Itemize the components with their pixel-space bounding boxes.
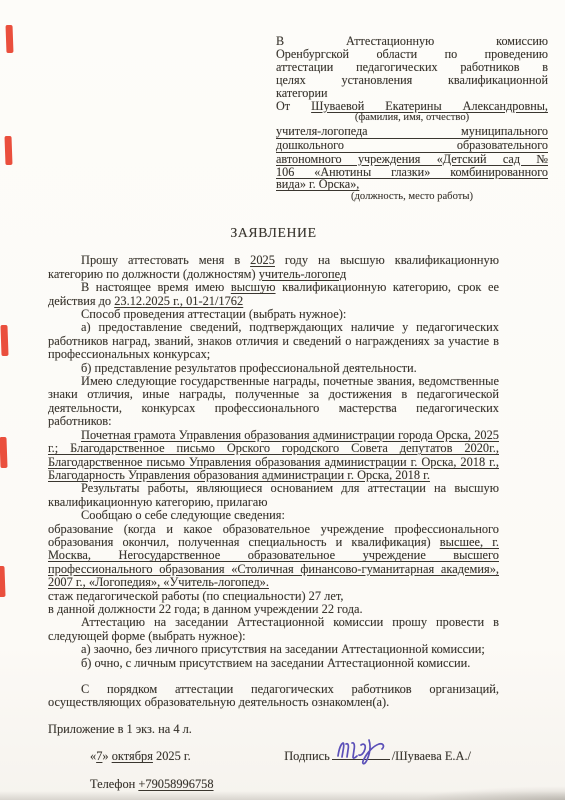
paragraph-awards-list: Почетная грамота Управления образования … (48, 429, 499, 483)
paragraph-method-b: б) представление результатов профессиона… (48, 362, 499, 375)
paragraph-experience-total: стаж педагогической работы (по специальн… (48, 590, 499, 603)
position-text: 106 «Анютины глазки» комбинированного (276, 165, 548, 179)
position-word: учителя-логопеда (276, 125, 368, 138)
position-word: дошкольного (276, 139, 344, 152)
paragraph-method-a: а) предоставление сведений, подтверждающ… (48, 321, 499, 361)
addressee-line-2: Оренбургской области по проведению (276, 48, 548, 61)
date-year-value: 2025 г. (153, 749, 191, 763)
signature-name: /Шуваева Е.А./ (392, 750, 471, 763)
signature-underline (332, 758, 390, 760)
paragraph-session-form: Аттестацию на заседании Аттестационной к… (48, 616, 499, 643)
scan-bottom-shadow (0, 791, 565, 800)
attestation-year: 2025 (250, 253, 275, 267)
position-line-2: дошкольногообразовательного (276, 139, 548, 153)
paragraph-method-label: Способ проведения аттестации (выбрать ну… (48, 308, 499, 321)
from-prefix: От (276, 99, 311, 113)
paragraph-form-a: а) заочно, без личного присутствия на за… (48, 643, 499, 656)
position-word: муниципального (461, 125, 548, 138)
document-title: ЗАЯВЛЕНИЕ (48, 226, 499, 239)
red-edge-mark (0, 566, 6, 597)
addressee-line-4: целях установления квалификационной (276, 74, 548, 87)
red-edge-mark (0, 325, 8, 356)
document-body: ЗАЯВЛЕНИЕ Прошу аттестовать меня в 2025 … (48, 226, 499, 791)
addressee-line-3: аттестации педагогических работников в (276, 61, 548, 74)
applicant-from-line: От Шуваевой Екатерины Александровны, (276, 100, 548, 113)
position-word: образовательного (457, 139, 548, 152)
red-edge-mark (0, 437, 8, 468)
date-month-value: октября (112, 749, 153, 763)
position-line-5: вида» г. Орска», (276, 178, 548, 191)
red-edge-mark (6, 25, 14, 53)
position-text: вида» г. Орска», (276, 177, 359, 191)
paragraph-experience-position: в данной должности 22 года; в данном учр… (48, 603, 499, 616)
paragraph-info-intro: Сообщаю о себе следующие сведения: (48, 509, 499, 522)
signature-field: Подпись /Шуваева Е.А./ (284, 750, 471, 763)
paragraph-request: Прошу аттестовать меня в 2025 году на вы… (48, 254, 499, 281)
caption-position-workplace: (должность, место работы) (276, 191, 548, 203)
position-line-1: учителя-логопедамуниципального (276, 125, 548, 139)
handwritten-signature (334, 735, 390, 765)
phone-number-value: +79058996758 (138, 777, 213, 791)
paragraph-results: Результаты работы, являющиеся основанием… (48, 482, 499, 509)
paragraph-form-b: б) очно, с личным присутствием на заседа… (48, 657, 499, 670)
phone-label: Телефон (90, 777, 138, 791)
paragraph-education: образование (когда и какое образовательн… (48, 523, 499, 590)
paragraph-attachment: Приложение в 1 экз. на 4 л. (48, 723, 499, 736)
paragraph-awards-intro: Имею следующие государственные награды, … (48, 375, 499, 429)
caption-full-name: (фамилия, имя, отчество) (276, 112, 548, 124)
paragraph-acknowledgement: С порядком аттестации педагогических раб… (48, 683, 499, 710)
position-value: учитель-логопед (259, 267, 347, 281)
applicant-name: Шуваевой Екатерины Александровны, (311, 99, 548, 113)
paragraph-current-category: В настоящее время имею высшую квалификац… (48, 281, 499, 308)
text-run: Прошу аттестовать меня в (81, 253, 250, 267)
current-category-value: высшую (231, 280, 276, 294)
addressee-line-1: В Аттестационную комиссию (276, 35, 548, 48)
scanned-document-page: В Аттестационную комиссию Оренбургской о… (0, 0, 565, 800)
validity-date-value: 23.12.2025 г., 01-21/1762 (114, 294, 243, 308)
signature-label: Подпись (284, 750, 330, 763)
text-run: » (102, 749, 111, 763)
text-run: В настоящее время имею (81, 280, 231, 294)
text-run: образование (когда и какое образовательн… (48, 522, 499, 549)
addressee-block: В Аттестационную комиссию Оренбургской о… (276, 35, 548, 204)
red-edge-mark (4, 136, 12, 165)
position-text: автономного учреждения «Детский сад № (276, 152, 548, 166)
date-field: «7» октября 2025 г. (90, 750, 191, 763)
date-signature-row: «7» октября 2025 г. Подпись /Шуваева Е.А… (48, 750, 499, 763)
